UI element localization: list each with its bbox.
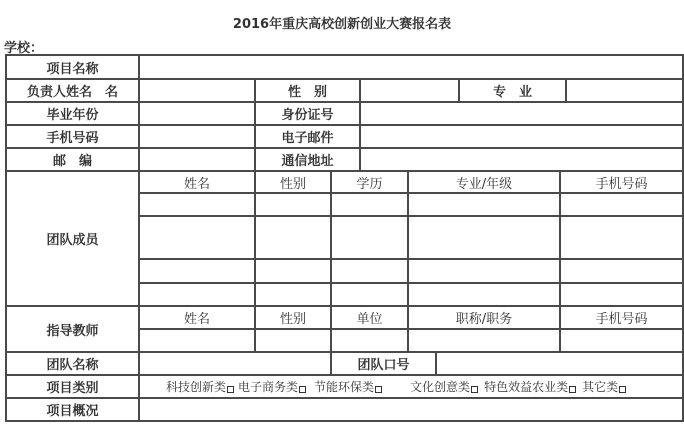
category-options: 科技创新类 电子商务类 节能环保类 文化创意类 特色效益农业类 其它类 <box>140 376 682 397</box>
category-ecommerce[interactable]: 电子商务类 <box>238 378 306 395</box>
label-phone: 手机号码 <box>7 126 138 147</box>
project-overview-field[interactable] <box>140 399 682 420</box>
leader-name-field[interactable] <box>140 80 254 101</box>
major-field[interactable] <box>567 80 682 101</box>
label-team-members: 团队成员 <box>7 172 138 305</box>
label-major: 专 业 <box>460 80 565 101</box>
advisor-header-title: 职称/职务 <box>409 307 559 328</box>
category-energy-environment[interactable]: 节能环保类 <box>314 378 382 395</box>
advisor-header-name: 姓名 <box>140 307 254 328</box>
label-id-number: 身份证号 <box>256 103 359 124</box>
advisor-header-phone: 手机号码 <box>561 307 682 328</box>
category-culture-creative[interactable]: 文化创意类 <box>410 378 478 395</box>
registration-form-table: 项目名称 负责人姓名 名 性 别 专 业 毕业年份 身份证号 手机号码 电子邮件… <box>5 54 684 424</box>
phone-field[interactable] <box>140 126 254 147</box>
label-project-name: 项目名称 <box>7 56 138 78</box>
label-gender: 性 别 <box>256 80 359 101</box>
email-field[interactable] <box>361 126 682 147</box>
members-header-major-grade: 专业/年级 <box>409 172 559 192</box>
checkbox-icon[interactable] <box>619 386 626 393</box>
label-email: 电子邮件 <box>256 126 359 147</box>
label-team-name: 团队名称 <box>7 353 138 374</box>
members-header-education: 学历 <box>332 172 407 192</box>
advisor-header-unit: 单位 <box>332 307 407 328</box>
label-project-category: 项目类别 <box>7 376 138 397</box>
grad-year-field[interactable] <box>140 103 254 124</box>
category-other[interactable]: 其它类 <box>582 378 626 395</box>
checkbox-icon[interactable] <box>375 386 382 393</box>
label-postcode: 邮 编 <box>7 149 138 170</box>
form-title: 2016年重庆高校创新创业大赛报名表 <box>0 13 684 32</box>
id-number-field[interactable] <box>361 103 682 124</box>
address-field[interactable] <box>361 149 682 170</box>
label-project-overview: 项目概况 <box>7 399 138 420</box>
project-name-field[interactable] <box>140 56 682 78</box>
checkbox-icon[interactable] <box>227 386 234 393</box>
label-grad-year: 毕业年份 <box>7 103 138 124</box>
category-tech-innovation[interactable]: 科技创新类 <box>166 378 234 395</box>
checkbox-icon[interactable] <box>569 386 576 393</box>
label-advisor: 指导教师 <box>7 307 138 351</box>
advisor-header-gender: 性别 <box>256 307 330 328</box>
team-name-field[interactable] <box>140 353 330 374</box>
checkbox-icon[interactable] <box>299 386 306 393</box>
team-slogan-field[interactable] <box>437 353 682 374</box>
category-agriculture[interactable]: 特色效益农业类 <box>484 378 576 395</box>
gender-field[interactable] <box>361 80 458 101</box>
label-address: 通信地址 <box>256 149 359 170</box>
checkbox-icon[interactable] <box>471 386 478 393</box>
members-header-name: 姓名 <box>140 172 254 192</box>
label-team-slogan: 团队口号 <box>332 353 435 374</box>
members-header-phone: 手机号码 <box>561 172 682 192</box>
label-leader-name: 负责人姓名 名 <box>7 80 138 101</box>
postcode-field[interactable] <box>140 149 254 170</box>
members-header-gender: 性别 <box>256 172 330 192</box>
